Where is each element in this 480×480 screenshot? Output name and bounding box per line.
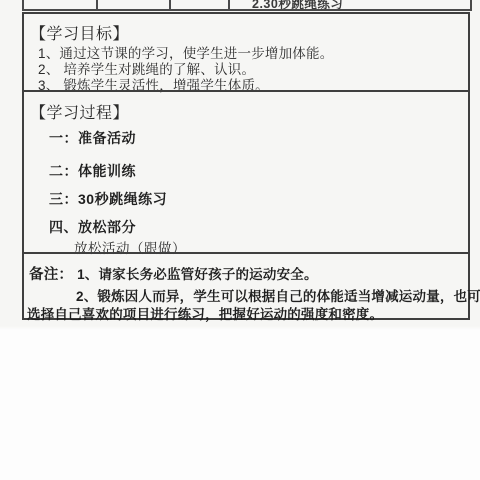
lesson-plan-document: 2.30秒跳绳练习 【学习目标】 1、通过这节课的学习，使学生进一步增加体能。 … bbox=[0, 0, 480, 480]
header-cell: 2.30秒跳绳练习 bbox=[252, 0, 362, 9]
remarks-label: 备注： bbox=[29, 267, 73, 283]
document-body-table: 【学习目标】 1、通过这节课的学习，使学生进一步增加体能。 2、 培养学生对跳绳… bbox=[22, 12, 470, 320]
process-step-3: 三：30秒跳绳练习 bbox=[49, 189, 167, 209]
objectives-section: 【学习目标】 1、通过这节课的学习，使学生进一步增加体能。 2、 培养学生对跳绳… bbox=[24, 14, 468, 90]
process-step-2: 二：体能训练 bbox=[49, 161, 136, 181]
process-section: 【学习过程】 一：准备活动 二：体能训练 三：30秒跳绳练习 四、放松部分 放松… bbox=[24, 90, 468, 252]
header-cell-text: 2.30秒跳绳练习 bbox=[252, 0, 343, 9]
table-bottom-border bbox=[22, 9, 472, 11]
remarks-line-1: 备注： 1、请家长务必监管好孩子的运动安全。 bbox=[29, 263, 318, 284]
process-step-4: 四、放松部分 bbox=[49, 217, 136, 237]
remarks-line-2: 2、锻炼因人而异，学生可以根据自己的体能适当增减运动量，也可以 bbox=[76, 285, 480, 305]
remarks-line-3: 选择自己喜欢的项目进行练习，把握好运动的强度和密度。 bbox=[27, 303, 383, 323]
objectives-title: 【学习目标】 bbox=[30, 21, 129, 44]
remarks-section: 备注： 1、请家长务必监管好孩子的运动安全。 2、锻炼因人而异，学生可以根据自己… bbox=[24, 252, 468, 318]
process-title: 【学习过程】 bbox=[30, 100, 129, 123]
process-step-1: 一：准备活动 bbox=[49, 128, 136, 148]
remarks-line-1-text: 1、请家长务必监管好孩子的运动安全。 bbox=[77, 267, 318, 282]
header-table-fragment: 2.30秒跳绳练习 bbox=[0, 0, 480, 11]
